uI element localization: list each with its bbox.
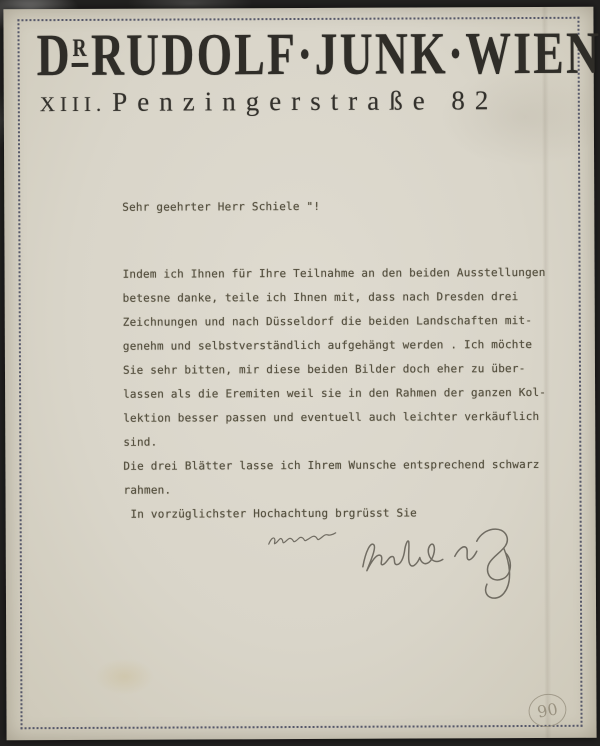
letter-line: lassen als die Eremiten weil sie in den … (123, 381, 546, 407)
letterhead-name: DRRUDOLF·JUNK·WIEN (36, 22, 600, 85)
signature-rudolf-junk (358, 519, 523, 604)
letter-line: Zeichnungen und nach Düsseldorf die beid… (123, 309, 546, 335)
scanned-letter: DRRUDOLF·JUNK·WIEN XIII.Penzingerstraße … (0, 0, 600, 746)
handwritten-closing-ergebenst (267, 530, 339, 550)
letterhead-address: XIII.Penzingerstraße 82 (40, 85, 499, 118)
letterhead-name-rest: RUDOLF·JUNK·WIEN (91, 20, 600, 88)
letter-line: betesne danke, teile ich Ihnen mit, dass… (123, 285, 546, 311)
letterhead-name-superscript: R (72, 35, 88, 67)
salutation: Sehr geehrter Herr Schiele "! (122, 200, 320, 214)
letter-line: genehm und selbstverständlich aufgehängt… (123, 333, 546, 359)
letterhead-name-text: DRRUDOLF·JUNK·WIEN (36, 23, 600, 85)
letter-line: Indem ich Ihnen für Ihre Teilnahme an de… (123, 261, 546, 287)
inventory-number: 90 (536, 699, 559, 721)
letter-paper: DRRUDOLF·JUNK·WIEN XIII.Penzingerstraße … (3, 7, 596, 741)
letter-line: rahmen. (123, 477, 546, 503)
letter-line: Sie sehr bitten, mir diese beiden Bilder… (123, 357, 546, 383)
letter-line: sind. (123, 429, 546, 455)
letterhead-district-numeral: XIII. (40, 92, 107, 116)
letter-line: Die drei Blätter lasse ich Ihrem Wunsche… (123, 453, 546, 479)
letterhead-name-prefix: D (36, 22, 72, 88)
letterhead-street: Penzingerstraße 82 (112, 85, 498, 117)
letter-body: Indem ich Ihnen für Ihre Teilnahme an de… (123, 261, 547, 527)
letter-line: lektion besser passen und eventuell auch… (123, 405, 546, 431)
